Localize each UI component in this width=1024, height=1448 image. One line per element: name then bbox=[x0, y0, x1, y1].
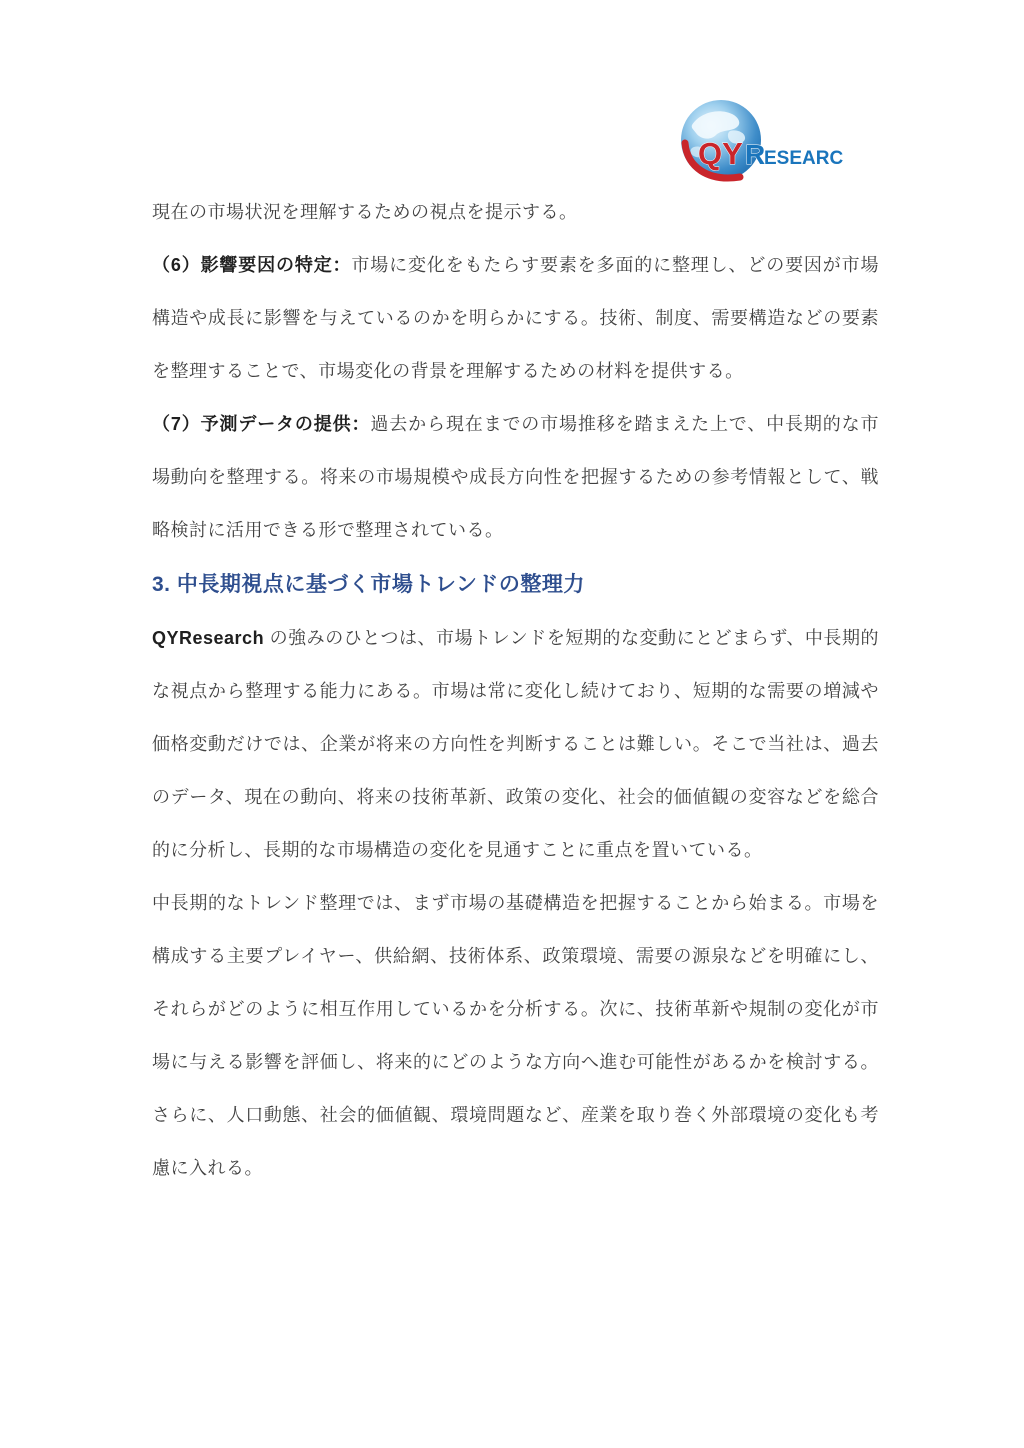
logo-text-esearch: ESEARCH bbox=[764, 148, 843, 169]
section-3-paragraph-2: 中長期的なトレンド整理では、まず市場の基礎構造を把握することから始まる。市場を構… bbox=[152, 877, 879, 1195]
section-3-heading: 3. 中長期視点に基づく市場トレンドの整理力 bbox=[152, 557, 879, 612]
intro-text: 現在の市場状況を理解するための視点を提示する。 bbox=[152, 202, 578, 222]
item-6-paragraph: （6）影響要因の特定：市場に変化をもたらす要素を多面的に整理し、どの要因が市場構… bbox=[152, 239, 879, 398]
section-3-paragraph-1: QYResearch の強みのひとつは、市場トレンドを短期的な変動にとどまらず、… bbox=[152, 612, 879, 877]
document-page: QY R ESEARCH 現在の市場状況を理解するための視点を提示する。 （6）… bbox=[0, 0, 1024, 1448]
logo-text-qy: QY bbox=[698, 136, 743, 171]
section-3-paragraph-2-text: 中長期的なトレンド整理では、まず市場の基礎構造を把握することから始まる。市場を構… bbox=[152, 893, 879, 1178]
document-content: 現在の市場状況を理解するための視点を提示する。 （6）影響要因の特定：市場に変化… bbox=[152, 186, 879, 1195]
globe-icon: QY R ESEARCH bbox=[678, 95, 843, 187]
section-3-paragraph-1-text: の強みのひとつは、市場トレンドを短期的な変動にとどまらず、中長期的な視点から整理… bbox=[152, 628, 879, 860]
item-6-label: （6）影響要因の特定： bbox=[152, 255, 351, 275]
qyresearch-logo: QY R ESEARCH bbox=[678, 95, 843, 187]
item-7-paragraph: （7）予測データの提供：過去から現在までの市場推移を踏まえた上で、中長期的な市場… bbox=[152, 398, 879, 557]
intro-paragraph: 現在の市場状況を理解するための視点を提示する。 bbox=[152, 186, 879, 239]
logo-text-r: R bbox=[745, 139, 765, 170]
qyresearch-bold-text: QYResearch bbox=[152, 628, 264, 648]
item-7-label: （7）予測データの提供： bbox=[152, 414, 370, 434]
